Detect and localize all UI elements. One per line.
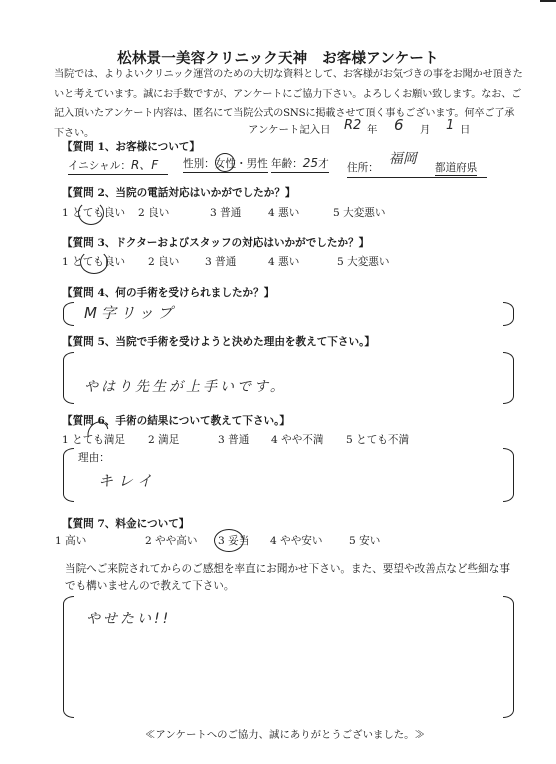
q2-option-2[interactable]: 2 良い <box>138 205 169 220</box>
address-suffix: 都道府県 <box>435 162 477 176</box>
q5-answer-bracket-right <box>503 352 514 404</box>
comments-bracket-left <box>63 596 74 718</box>
q2-selection-circle <box>78 201 104 225</box>
q6-reason-label: 理由： <box>78 450 110 465</box>
footer-thanks: ≪アンケートへのご協力、誠にありがとうございました。≫ <box>145 726 425 741</box>
q5-answer-bracket-left <box>63 352 74 404</box>
date-month[interactable]: 6 <box>394 116 404 134</box>
q6-option-5[interactable]: 5 とても不満 <box>346 432 409 447</box>
date-year-suffix: 年 <box>367 121 377 136</box>
q2-option-3[interactable]: 3 普通 <box>210 205 241 220</box>
q1-age-field[interactable]: 年齢：25才 <box>271 156 329 173</box>
q5-heading: 【質問 5、当院で手術を受けようと決めた理由を教えて下さい。】 <box>62 334 375 349</box>
q7-selection-circle <box>214 529 244 552</box>
date-label: アンケート記入日 <box>248 121 331 136</box>
comments-answer[interactable]: やせたい!! <box>86 608 171 628</box>
q1-initials-field[interactable]: イニシャル：R、F <box>68 156 168 175</box>
q3-selection-circle <box>80 250 108 274</box>
q7-option-5[interactable]: 5 安い <box>349 533 380 548</box>
comments-prompt: 当院へご来院されてからのご感想を率直にお聞かせ下さい。また、要望や改善点など些細… <box>65 561 515 595</box>
gender-selection-circle <box>215 153 235 172</box>
q7-heading: 【質問 7、料金について】 <box>62 516 189 531</box>
q7-option-1[interactable]: 1 高い <box>55 533 86 548</box>
date-era-year[interactable]: R2 <box>344 118 361 133</box>
q2-option-5[interactable]: 5 大変悪い <box>333 205 385 220</box>
q6-reason-bracket-left <box>63 448 74 502</box>
q2-heading: 【質問 2、当院の電話対応はいかがでしたか？】 <box>62 185 296 200</box>
q6-option-2[interactable]: 2 満足 <box>148 432 179 447</box>
q2-option-4[interactable]: 4 悪い <box>268 205 299 220</box>
q7-option-2[interactable]: 2 やや高い <box>145 533 197 548</box>
q4-answer-bracket-right <box>503 302 514 326</box>
address-label: 住所： <box>347 162 379 174</box>
q1-heading: 【質問 1、お客様について】 <box>62 139 200 154</box>
q3-option-3[interactable]: 3 普通 <box>205 254 236 269</box>
age-suffix: 才 <box>318 158 329 170</box>
q4-answer-bracket-left <box>63 302 74 326</box>
q3-option-2[interactable]: 2 良い <box>148 254 179 269</box>
gender-option-male[interactable]: 男性 <box>247 158 268 170</box>
q3-option-5[interactable]: 5 大変悪い <box>337 254 389 269</box>
age-value: 25 <box>303 156 318 170</box>
initials-value: R、F <box>131 158 158 172</box>
date-day[interactable]: 1 <box>446 118 454 133</box>
comments-bracket-right <box>503 596 514 718</box>
address-value: 福岡 <box>389 151 417 167</box>
q1-address-field[interactable]: 住所：福岡 都道府県 <box>347 156 477 178</box>
initials-label: イニシャル： <box>68 160 131 172</box>
q4-heading: 【質問 4、何の手術を受けられましたか？】 <box>62 285 274 300</box>
date-month-suffix: 月 <box>420 121 430 136</box>
scan-corner-mark <box>540 0 556 2</box>
q6-option-3[interactable]: 3 普通 <box>218 432 249 447</box>
q6-reason-bracket-right <box>503 448 514 502</box>
q3-heading: 【質問 3、ドクターおよびスタッフの対応はいかがでしたか？】 <box>62 235 369 250</box>
gender-separator: ・ <box>236 158 247 170</box>
gender-label: 性別： <box>183 158 215 170</box>
q3-option-4[interactable]: 4 悪い <box>268 254 299 269</box>
age-label: 年齢： <box>271 158 303 170</box>
q6-reason-answer[interactable]: キレイ <box>98 470 157 491</box>
q6-option-4[interactable]: 4 やや不満 <box>271 432 323 447</box>
q5-answer[interactable]: やはり先生が上手いです。 <box>84 376 287 396</box>
date-day-suffix: 日 <box>460 121 470 136</box>
q4-answer[interactable]: M字リップ <box>84 302 176 323</box>
q7-option-4[interactable]: 4 やや安い <box>270 533 322 548</box>
